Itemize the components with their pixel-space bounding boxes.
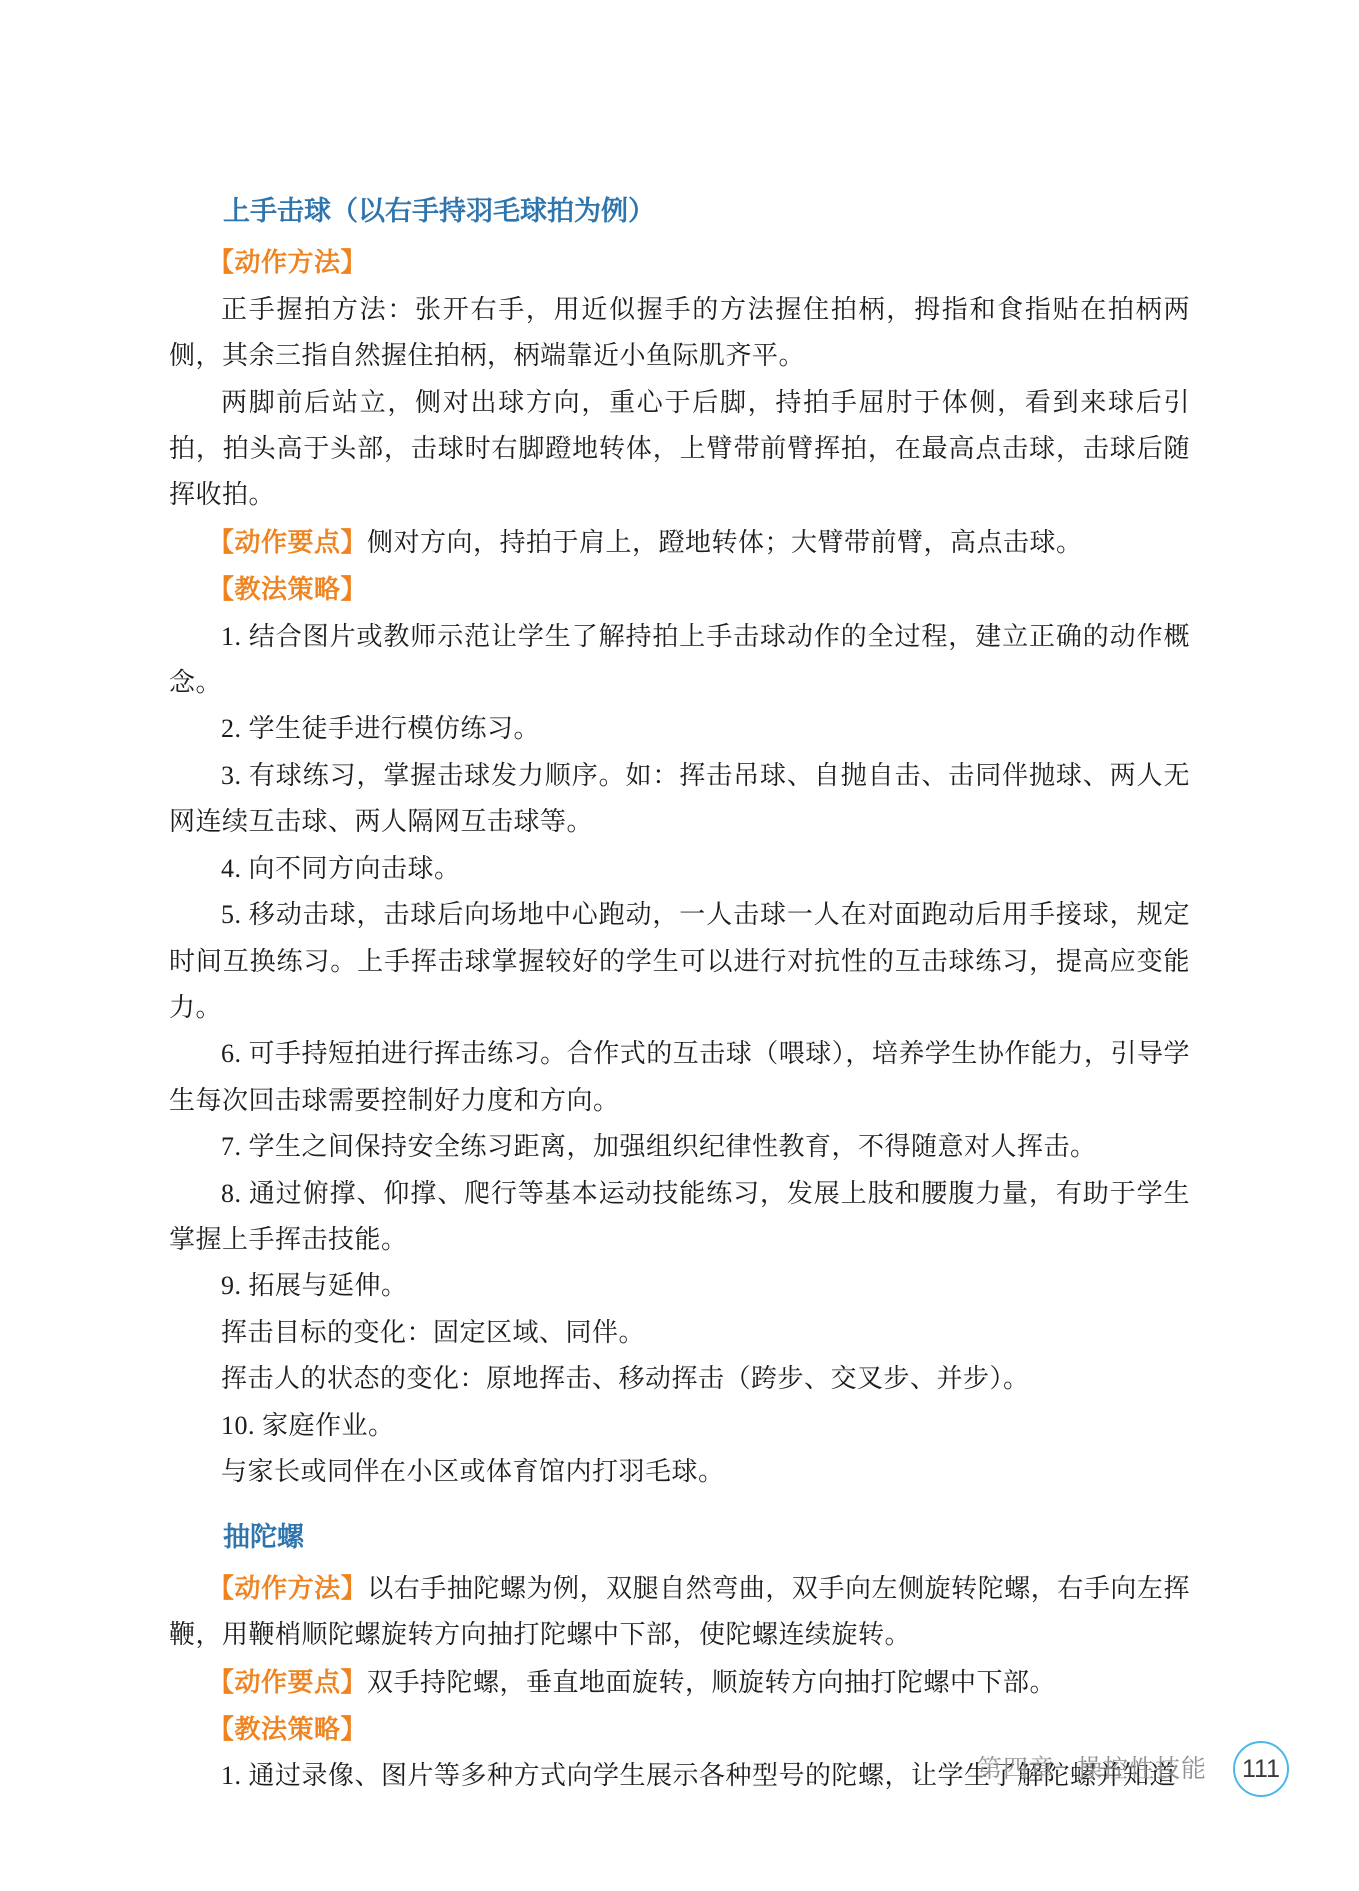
teaching-strategy-label: 【教法策略】	[208, 574, 367, 604]
action-keypoints-label: 【动作要点】	[208, 527, 367, 557]
subsection-heading-overhand-strike: 上手击球（以右手持羽毛球拍为例）	[169, 188, 1190, 234]
action-method-label: 【动作方法】	[208, 247, 367, 277]
section-label: 操控性技能	[1077, 1755, 1207, 1783]
action-method-label: 【动作方法】	[208, 1573, 367, 1603]
paragraph-text: 双手持陀螺，垂直地面旋转，顺旋转方向抽打陀螺中下部。	[367, 1668, 1056, 1697]
action-keypoints-label: 【动作要点】	[208, 1667, 367, 1697]
paragraph: 1. 结合图片或教师示范让学生了解持拍上手击球动作的全过程，建立正确的动作概念。	[169, 614, 1190, 707]
paragraph-with-label: 【动作要点】双手持陀螺，垂直地面旋转，顺旋转方向抽打陀螺中下部。	[169, 1659, 1190, 1706]
paragraph: 3. 有球练习，掌握击球发力顺序。如：挥击吊球、自抛自击、击同伴抛球、两人无网连…	[169, 753, 1190, 846]
paragraph: 与家长或同伴在小区或体育馆内打羽毛球。	[169, 1449, 1190, 1495]
paragraph: 9. 拓展与延伸。	[169, 1263, 1190, 1309]
paragraph: 8. 通过俯撑、仰撑、爬行等基本运动技能练习，发展上肢和腰腹力量，有助于学生掌握…	[169, 1171, 1190, 1264]
page-footer: 第四章操控性技能 111	[977, 1741, 1289, 1797]
page-number: 111	[1242, 1755, 1280, 1784]
page-number-badge: 111	[1233, 1741, 1289, 1797]
paragraph: 7. 学生之间保持安全练习距离，加强组织纪律性教育，不得随意对人挥击。	[169, 1124, 1190, 1170]
paragraph: 10. 家庭作业。	[169, 1403, 1190, 1449]
paragraph: 挥击目标的变化：固定区域、同伴。	[169, 1310, 1190, 1356]
footer-chapter-title: 第四章操控性技能	[977, 1741, 1207, 1797]
paragraph: 5. 移动击球，击球后向场地中心跑动，一人击球一人在对面跑动后用手接球，规定时间…	[169, 892, 1190, 1031]
subsection-heading-spinning-top: 抽陀螺	[169, 1514, 1190, 1560]
section-label-line: 【动作方法】	[169, 239, 1190, 286]
paragraph-with-label: 【动作要点】侧对方向，持拍于肩上，蹬地转体；大臂带前臂，高点击球。	[169, 519, 1190, 566]
paragraph: 2. 学生徒手进行模仿练习。	[169, 706, 1190, 752]
section-label-line: 【教法策略】	[169, 566, 1190, 613]
chapter-label: 第四章	[977, 1755, 1055, 1783]
paragraph: 正手握拍方法：张开右手，用近似握手的方法握住拍柄，拇指和食指贴在拍柄两侧，其余三…	[169, 287, 1190, 380]
paragraph: 挥击人的状态的变化：原地挥击、移动挥击（跨步、交叉步、并步）。	[169, 1356, 1190, 1402]
paragraph: 两脚前后站立，侧对出球方向，重心于后脚，持拍手屈肘于体侧，看到来球后引拍，拍头高…	[169, 380, 1190, 519]
teaching-strategy-label: 【教法策略】	[208, 1714, 367, 1744]
document-page: 上手击球（以右手持羽毛球拍为例） 【动作方法】 正手握拍方法：张开右手，用近似握…	[0, 0, 1359, 1891]
paragraph-with-label: 【动作方法】以右手抽陀螺为例，双腿自然弯曲，双手向左侧旋转陀螺，右手向左挥鞭，用…	[169, 1565, 1190, 1659]
paragraph-text: 侧对方向，持拍于肩上，蹬地转体；大臂带前臂，高点击球。	[367, 528, 1083, 557]
paragraph: 6. 可手持短拍进行挥击练习。合作式的互击球（喂球），培养学生协作能力，引导学生…	[169, 1031, 1190, 1124]
paragraph: 4. 向不同方向击球。	[169, 846, 1190, 892]
